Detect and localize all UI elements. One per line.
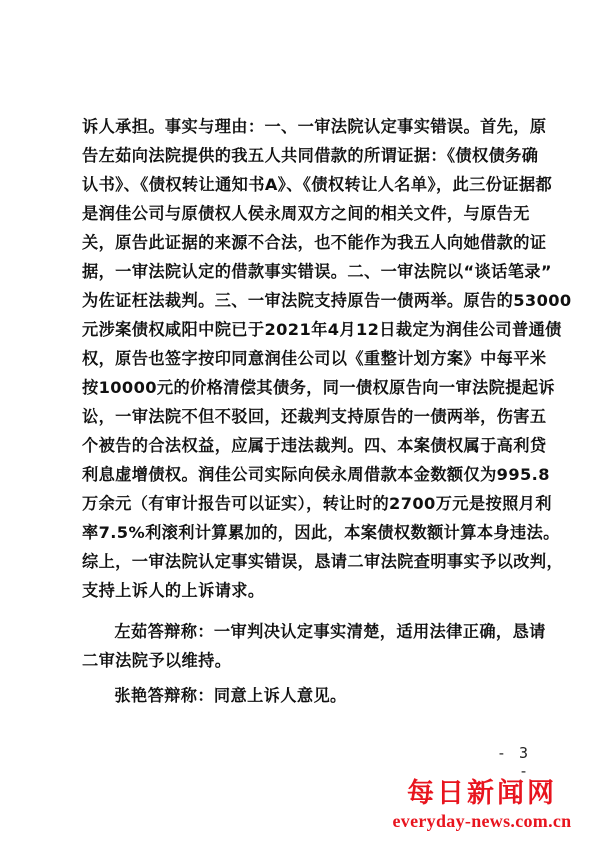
text-line: 万余元（有审计报告可以证实），转让时的2700万元是按照月利 [82, 489, 524, 518]
paragraph-zuoru-defense: 左茹答辩称：一审判决认定事实清楚，适用法律正确，恳请 二审法院予以维持。 [82, 617, 524, 675]
site-watermark: 每日新闻网 everyday-news.com.cn [382, 778, 582, 832]
text-line: 二审法院予以维持。 [82, 646, 524, 675]
text-line: 元涉案债权咸阳中院已于2021年4月12日裁定为润佳公司普通债 [82, 315, 524, 344]
text-line: 关，原告此证据的来源不合法，也不能作为我五人向她借款的证 [82, 228, 524, 257]
text-line: 据，一审法院认定的借款事实错误。二、一审法院以“谈话笔录” [82, 257, 524, 286]
text-line: 为佐证枉法裁判。三、一审法院支持原告一债两举。原告的53000 [82, 286, 524, 315]
text-line: 是润佳公司与原债权人侯永周双方之间的相关文件，与原告无 [82, 199, 524, 228]
page-number: - 3 - [480, 744, 530, 780]
text-line: 利息虚增债权。润佳公司实际向侯永周借款本金数额仅为995.8 [82, 460, 524, 489]
text-line: 综上，一审法院认定事实错误，恳请二审法院查明事实予以改判， [82, 547, 524, 576]
text-line: 率7.5%利滚利计算累加的，因此，本案债权数额计算本身违法。 [82, 518, 524, 547]
text-line: 权，原告也签字按印同意润佳公司以《重整计划方案》中每平米 [82, 344, 524, 373]
text-line: 讼，一审法院不但不驳回，还裁判支持原告的一债两举，伤害五 [82, 402, 524, 431]
text-line: 左茹答辩称：一审判决认定事实清楚，适用法律正确，恳请 [82, 617, 524, 646]
text-line: 告左茹向法院提供的我五人共同借款的所谓证据：《债权债务确 [82, 141, 524, 170]
watermark-url: everyday-news.com.cn [382, 810, 582, 832]
text-line: 诉人承担。事实与理由：一、一审法院认定事实错误。首先，原 [82, 112, 524, 141]
text-line: 个被告的合法权益，应属于违法裁判。四、本案债权属于高利贷 [82, 431, 524, 460]
paragraph-appeal-reasons: 诉人承担。事实与理由：一、一审法院认定事实错误。首先，原 告左茹向法院提供的我五… [82, 112, 524, 605]
paragraph-zhangyan-defense: 张艳答辩称：同意上诉人意见。 [82, 681, 524, 710]
watermark-site-name: 每日新闻网 [382, 778, 582, 810]
text-line: 支持上诉人的上诉请求。 [82, 576, 524, 605]
document-body: 诉人承担。事实与理由：一、一审法院认定事实错误。首先，原 告左茹向法院提供的我五… [82, 112, 524, 710]
text-line: 张艳答辩称：同意上诉人意见。 [82, 681, 524, 710]
text-line: 认书》、《债权转让通知书A》、《债权转让人名单》，此三份证据都 [82, 170, 524, 199]
text-line: 按10000元的价格清偿其债务，同一债权原告向一审法院提起诉 [82, 373, 524, 402]
